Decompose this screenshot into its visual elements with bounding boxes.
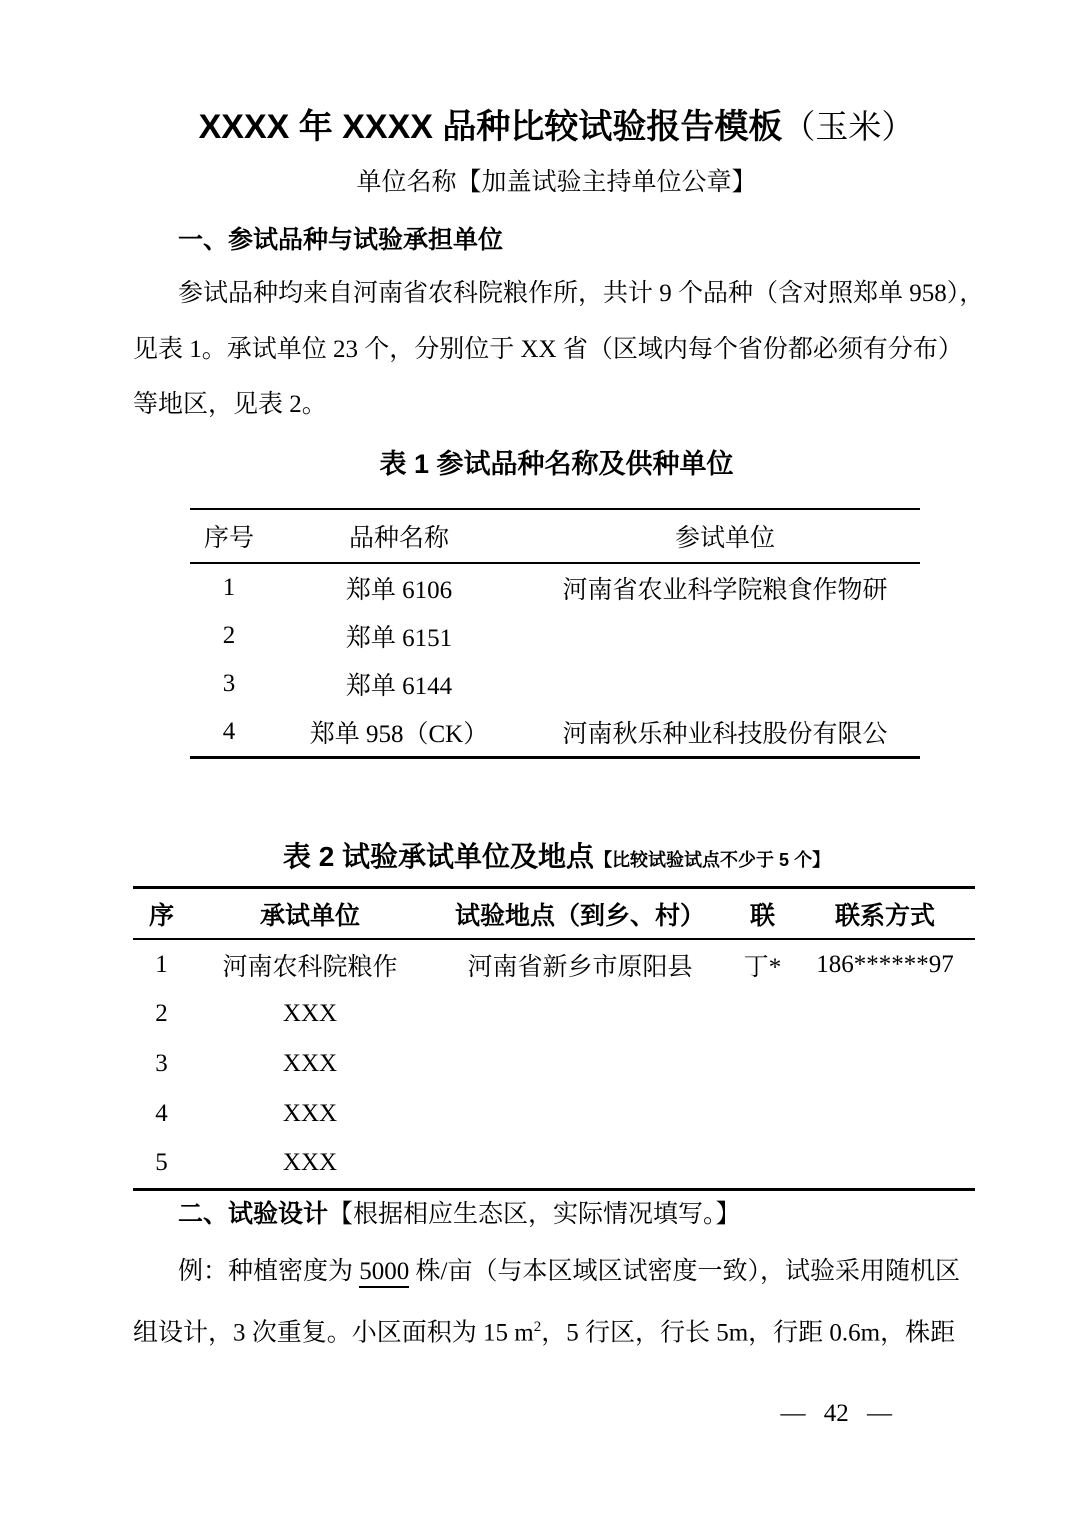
example-text: 例：种植密度为	[178, 1258, 359, 1285]
table2-cell: 1	[133, 940, 190, 990]
table2-cell: 5	[133, 1138, 190, 1188]
table2-cell	[795, 1138, 975, 1188]
page-number: — 42 —	[781, 1400, 893, 1428]
table2-caption-main: 表 2 试验承试单位及地点	[283, 841, 594, 872]
section1-heading: 一、参试品种与试验承担单位	[133, 222, 980, 258]
table1-cell: 河南省农业科学院粮食作物研	[530, 564, 920, 612]
section2-example-paragraph: 例：种植密度为 5000 株/亩（与本区域区试密度一致），试验采用随机区 组设计…	[133, 1244, 980, 1360]
table1-caption: 表 1 参试品种名称及供种单位	[133, 448, 980, 480]
table1-cell: 郑单 958（CK）	[268, 708, 530, 756]
table2-cell: 2	[133, 990, 190, 1040]
table2-header-contact-info: 联系方式	[795, 889, 975, 938]
paragraph-line: 见表 1。承试单位 23 个，分别位于 XX 省（区域内每个省份都必须有分布）	[133, 322, 980, 378]
paragraph-line: 等地区，见表 2。	[133, 377, 980, 433]
paragraph-line: 组设计，3 次重复。小区面积为 15 m2，5 行区，行长 5m，行距 0.6m…	[133, 1300, 980, 1361]
document-title: XXXX 年 XXXX 品种比较试验报告模板（玉米）	[133, 106, 980, 149]
table2-cell: 186******97	[795, 940, 975, 990]
table2-header-row: 序 承试单位 试验地点（到乡、村） 联 联系方式	[133, 889, 975, 938]
document-subtitle: 单位名称【加盖试验主持单位公章】	[133, 166, 980, 200]
table2-cell: XXX	[190, 1039, 430, 1089]
example-text: ，5 行区，行长 5m，行距 0.6m，株距	[541, 1319, 955, 1346]
table1-cell: 2	[190, 612, 268, 660]
table2-cell: XXX	[190, 1089, 430, 1139]
table2-caption-note: 【比较试验试点不少于 5 个】	[594, 850, 830, 870]
table1-cell: 郑单 6106	[268, 564, 530, 612]
table1-cell: 郑单 6151	[268, 612, 530, 660]
underlined-density-value: 5000	[359, 1258, 409, 1288]
table2-cell: XXX	[190, 990, 430, 1040]
table2-cell	[430, 1138, 730, 1188]
table2-cell	[430, 1089, 730, 1139]
table2-cell: 丁*	[730, 940, 795, 990]
table-row: 3 郑单 6144	[190, 660, 920, 708]
table2-cell	[795, 1089, 975, 1139]
table2: 序 承试单位 试验地点（到乡、村） 联 联系方式 1 河南农科院粮作 河南省新乡…	[133, 886, 975, 1191]
example-text: 组设计，3 次重复。小区面积为 15 m	[133, 1319, 534, 1346]
table2-header-unit: 承试单位	[190, 889, 430, 938]
table2-cell: 3	[133, 1039, 190, 1089]
table1-cell	[530, 660, 920, 708]
table1-cell: 1	[190, 564, 268, 612]
table1-header-index: 序号	[190, 510, 268, 562]
table2-header-contact-name: 联	[730, 889, 795, 938]
table1-header-row: 序号 品种名称 参试单位	[190, 510, 920, 562]
table2-cell	[430, 990, 730, 1040]
table2-cell	[730, 1039, 795, 1089]
table1-cell: 3	[190, 660, 268, 708]
table2-cell: XXX	[190, 1138, 430, 1188]
table1-bottom-rule	[190, 756, 920, 759]
table2-cell	[795, 990, 975, 1040]
table1-header-variety: 品种名称	[268, 510, 530, 562]
table2-caption: 表 2 试验承试单位及地点【比较试验试点不少于 5 个】	[133, 840, 980, 877]
table1-cell	[530, 612, 920, 660]
table2-cell	[730, 990, 795, 1040]
table2-cell	[430, 1039, 730, 1089]
table-row: 4 XXX	[133, 1089, 975, 1139]
table-row: 3 XXX	[133, 1039, 975, 1089]
table2-header-location: 试验地点（到乡、村）	[430, 889, 730, 938]
document-page: XXXX 年 XXXX 品种比较试验报告模板（玉米） 单位名称【加盖试验主持单位…	[0, 0, 1074, 1520]
paragraph-line: 参试品种均来自河南省农科院粮作所，共计 9 个品种（含对照郑单 958），	[133, 266, 980, 322]
table2-cell	[730, 1138, 795, 1188]
table1: 序号 品种名称 参试单位 1 郑单 6106 河南省农业科学院粮食作物研 2 郑…	[190, 508, 920, 759]
table1-cell: 4	[190, 708, 268, 756]
table-row: 2 郑单 6151	[190, 612, 920, 660]
table1-header-unit: 参试单位	[530, 510, 920, 562]
table2-cell: 河南农科院粮作	[190, 940, 430, 990]
table2-cell: 河南省新乡市原阳县	[430, 940, 730, 990]
table-row: 2 XXX	[133, 990, 975, 1040]
section1-paragraph: 参试品种均来自河南省农科院粮作所，共计 9 个品种（含对照郑单 958）， 见表…	[133, 266, 980, 433]
table1-cell: 河南秋乐种业科技股份有限公	[530, 708, 920, 756]
table-row: 5 XXX	[133, 1138, 975, 1188]
table1-cell: 郑单 6144	[268, 660, 530, 708]
table-row: 4 郑单 958（CK） 河南秋乐种业科技股份有限公	[190, 708, 920, 756]
section2-heading-note: 【根据相应生态区，实际情况填写。】	[328, 1201, 741, 1228]
table2-cell	[730, 1089, 795, 1139]
section2-heading: 二、试验设计【根据相应生态区，实际情况填写。】	[133, 1196, 980, 1233]
table-row: 1 郑单 6106 河南省农业科学院粮食作物研	[190, 564, 920, 612]
table2-header-index: 序	[133, 889, 190, 938]
section2-heading-main: 二、试验设计	[178, 1200, 328, 1228]
table2-cell	[795, 1039, 975, 1089]
table-row: 1 河南农科院粮作 河南省新乡市原阳县 丁* 186******97	[133, 940, 975, 990]
example-text: 株/亩（与本区域区试密度一致），试验采用随机区	[409, 1258, 960, 1285]
document-title-main: XXXX 年 XXXX 品种比较试验报告模板	[199, 108, 783, 146]
table2-bottom-rule	[133, 1188, 975, 1191]
table2-cell: 4	[133, 1089, 190, 1139]
document-title-crop: （玉米）	[782, 110, 914, 146]
paragraph-line: 例：种植密度为 5000 株/亩（与本区域区试密度一致），试验采用随机区	[133, 1244, 980, 1300]
